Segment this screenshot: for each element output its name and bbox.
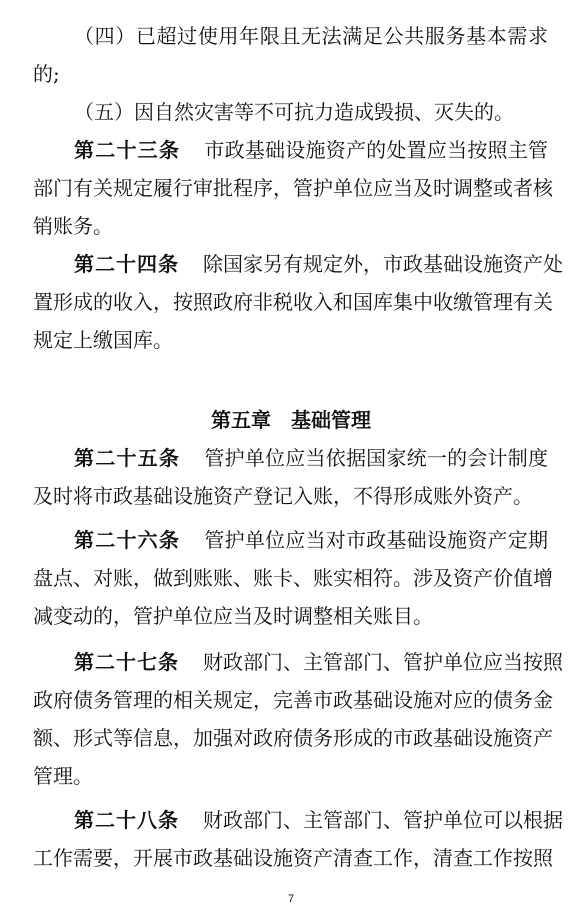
article-24-line-3: 规定上缴国库。: [33, 326, 548, 354]
article-26-line-3: 减变动的，管护单位应当及时调整相关账目。: [33, 602, 548, 630]
article-23-line-3: 销账务。: [33, 212, 548, 240]
chapter-title: 基础管理: [291, 408, 371, 432]
article-26-text: 管护单位应当对市政基础设施资产定期: [204, 528, 548, 552]
article-26-heading: 第二十六条: [74, 528, 180, 552]
article-24-text: 除国家另有规定外，市政基础设施资产处: [203, 252, 563, 276]
article-28-text: 财政部门、主管部门、管护单位可以根据: [203, 808, 563, 832]
article-28-first-line: 第二十八条财政部门、主管部门、管护单位可以根据: [74, 806, 548, 834]
article-24-line-2: 置形成的收入，按照政府非税收入和国库集中收缴管理有关: [33, 288, 548, 316]
article-28-line-2: 工作需要，开展市政基础设施资产清查工作，清查工作按照: [33, 844, 548, 872]
article-27-heading: 第二十七条: [74, 650, 179, 674]
article-25-text: 管护单位应当依据国家统一的会计制度: [204, 446, 548, 470]
article-25-first-line: 第二十五条管护单位应当依据国家统一的会计制度: [74, 444, 548, 472]
list-item-four: （四）已超过使用年限且无法满足公共服务基本需求: [74, 22, 548, 50]
article-26-first-line: 第二十六条管护单位应当对市政基础设施资产定期: [74, 526, 548, 554]
article-26-line-2: 盘点、对账，做到账账、账卡、账实相符。涉及资产价值增: [33, 564, 548, 592]
article-23-text: 市政基础设施资产的处置应当按照主管: [204, 138, 548, 162]
chapter-heading: 第五章基础管理: [0, 406, 582, 434]
article-27-first-line: 第二十七条财政部门、主管部门、管护单位应当按照: [74, 648, 548, 676]
article-25-line-2: 及时将市政基础设施资产登记入账，不得形成账外资产。: [33, 482, 548, 510]
article-23-line-2: 部门有关规定履行审批程序，管护单位应当及时调整或者核: [33, 174, 548, 202]
article-24-first-line: 第二十四条除国家另有规定外，市政基础设施资产处: [74, 250, 548, 278]
article-27-line-3: 额、形式等信息，加强对政府债务形成的市政基础设施资产: [33, 724, 548, 752]
article-25-heading: 第二十五条: [74, 446, 180, 470]
article-24-heading: 第二十四条: [74, 252, 179, 276]
article-27-text: 财政部门、主管部门、管护单位应当按照: [203, 650, 563, 674]
article-27-line-2: 政府债务管理的相关规定，完善市政基础设施对应的债务金: [33, 686, 548, 714]
article-28-heading: 第二十八条: [74, 808, 179, 832]
list-item-four-continuation: 的;: [33, 60, 548, 88]
article-23-first-line: 第二十三条市政基础设施资产的处置应当按照主管: [74, 136, 548, 164]
list-item-five: （五）因自然灾害等不可抗力造成毁损、灭失的。: [74, 98, 548, 126]
document-page: （四）已超过使用年限且无法满足公共服务基本需求 的; （五）因自然灾害等不可抗力…: [0, 0, 582, 912]
article-27-line-4: 管理。: [33, 762, 548, 790]
chapter-number: 第五章: [211, 408, 271, 432]
article-23-heading: 第二十三条: [74, 138, 180, 162]
page-number: 7: [0, 892, 582, 906]
